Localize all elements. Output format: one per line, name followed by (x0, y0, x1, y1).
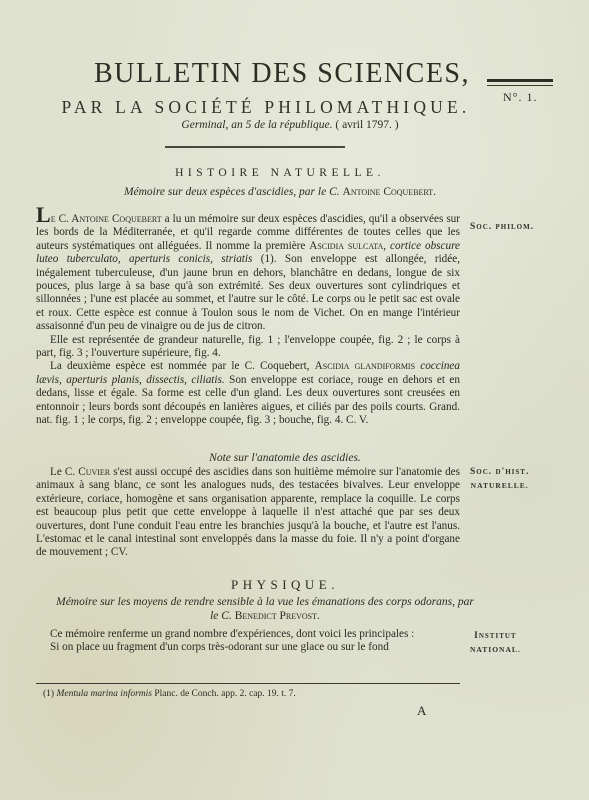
text-run: Le C. (50, 466, 78, 478)
margin-note-soc-hist-naturelle: Soc. d'hist. NATURELLE. (470, 467, 529, 490)
section-heading-histoire-naturelle: HISTOIRE NATURELLE. (95, 167, 465, 179)
article-author: Benedict Prevost. (235, 610, 320, 622)
paragraph: La deuxième espèce est nommée par le C. … (36, 360, 460, 427)
margin-note-line: Institut (474, 631, 516, 641)
text-run: , (383, 240, 390, 252)
footnote-text: Planc. de Conch. app. 2. cap. 19. t. 7. (152, 689, 296, 699)
issue-number: N°. 1. (503, 90, 537, 105)
issue-date-italic: Germinal, an 5 de la république. (181, 119, 332, 131)
article-body-emanations: Ce mémoire renferme un grand nombre d'ex… (36, 628, 460, 655)
footnote-marker: (1) (43, 689, 54, 699)
text-run: La deuxième espèce est nommée par le C. … (50, 360, 315, 372)
margin-note-line: Soc. d'hist. (470, 467, 529, 477)
species-name: Ascidia sulcata (309, 240, 383, 252)
text-run: s'est aussi occupé des ascidies dans son… (36, 466, 460, 558)
footnote-divider (36, 683, 460, 684)
signature-mark: A (417, 703, 426, 719)
article-author: Antoine Coquebert. (343, 186, 437, 198)
double-rule-divider (487, 79, 553, 86)
author-name: Cuvier (78, 466, 110, 478)
author-name: Coquebert (112, 213, 162, 225)
issue-date-year: ( avril 1797. ) (335, 119, 398, 131)
note-body-anatomie: Le C. Cuvier s'est aussi occupé des asci… (36, 466, 460, 560)
margin-note-line: NATURELLE. (470, 481, 529, 490)
footnote: (1) Mentula marina informis Planc. de Co… (43, 689, 296, 699)
article-title-ascidies: Mémoire sur deux espèces d'ascidies, par… (60, 186, 500, 198)
article-title-text: Mémoire sur deux espèces d'ascidies, par… (124, 186, 340, 198)
journal-title: BULLETIN DES SCIENCES, (72, 58, 492, 90)
journal-subtitle: PAR LA SOCIÉTÉ PHILOMATHIQUE. (46, 97, 486, 118)
paragraph: Si on place uu fragment d'un corps très-… (36, 641, 460, 654)
margin-note-line: NATIONAL. (470, 645, 521, 654)
margin-note-soc-philom: Soc. philom. (470, 222, 534, 232)
footnote-italic: Mentula marina informis (56, 689, 152, 699)
note-title-anatomie: Note sur l'anatomie des ascidies. (120, 452, 450, 464)
species-name: Ascidia glandiformis (315, 360, 415, 372)
paragraph: Ce mémoire renferme un grand nombre d'ex… (36, 628, 460, 641)
article-title-emanations: Mémoire sur les moyens de rendre sensibl… (55, 595, 475, 623)
paragraph: Le C. Cuvier s'est aussi occupé des asci… (36, 466, 460, 560)
header-divider (165, 146, 345, 148)
paragraph: Le C. Antoine Coquebert a lu un mémoire … (36, 210, 460, 334)
drop-cap: L (36, 202, 51, 227)
text-run: e C. Antoine (51, 213, 112, 225)
margin-note-institut-national: Institut NATIONAL. (470, 631, 521, 654)
article-body-ascidies: Le C. Antoine Coquebert a lu un mémoire … (36, 210, 460, 428)
issue-date: Germinal, an 5 de la république. ( avril… (150, 119, 430, 131)
section-heading-physique: PHYSIQUE. (100, 577, 470, 593)
paragraph: Elle est représentée de grandeur naturel… (36, 334, 460, 361)
